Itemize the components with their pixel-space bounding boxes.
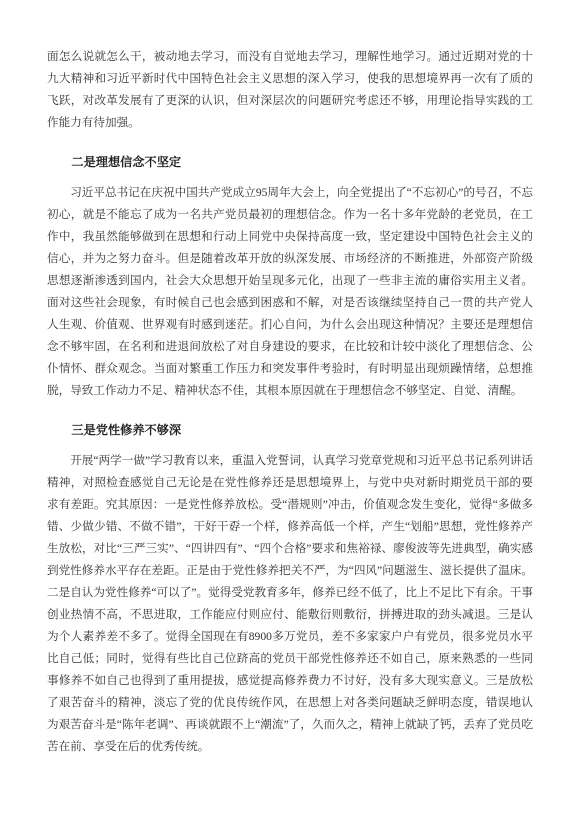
section-heading-party-spirit: 三是党性修养不够深 [47, 419, 533, 441]
paragraph-continued-from-previous-page: 面怎么说就怎么干，被动地去学习，而没有自觉地去学习，理解性地学习。通过近期对党的… [47, 46, 533, 134]
paragraph-section-ideals-beliefs: 习近平总书记在庆祝中国共产党成立95周年大会上，向全党提出了“不忘初心”的号召，… [47, 182, 533, 402]
paragraph-section-party-spirit: 开展“两学一做”学习教育以来，重温入党誓词，认真学习党章党规和习近平总书记系列讲… [47, 450, 533, 758]
section-heading-ideals-beliefs: 二是理想信念不坚定 [47, 151, 533, 173]
document-page: 面怎么说就怎么干，被动地去学习，而没有自觉地去学习，理解性地学习。通过近期对党的… [0, 0, 578, 818]
